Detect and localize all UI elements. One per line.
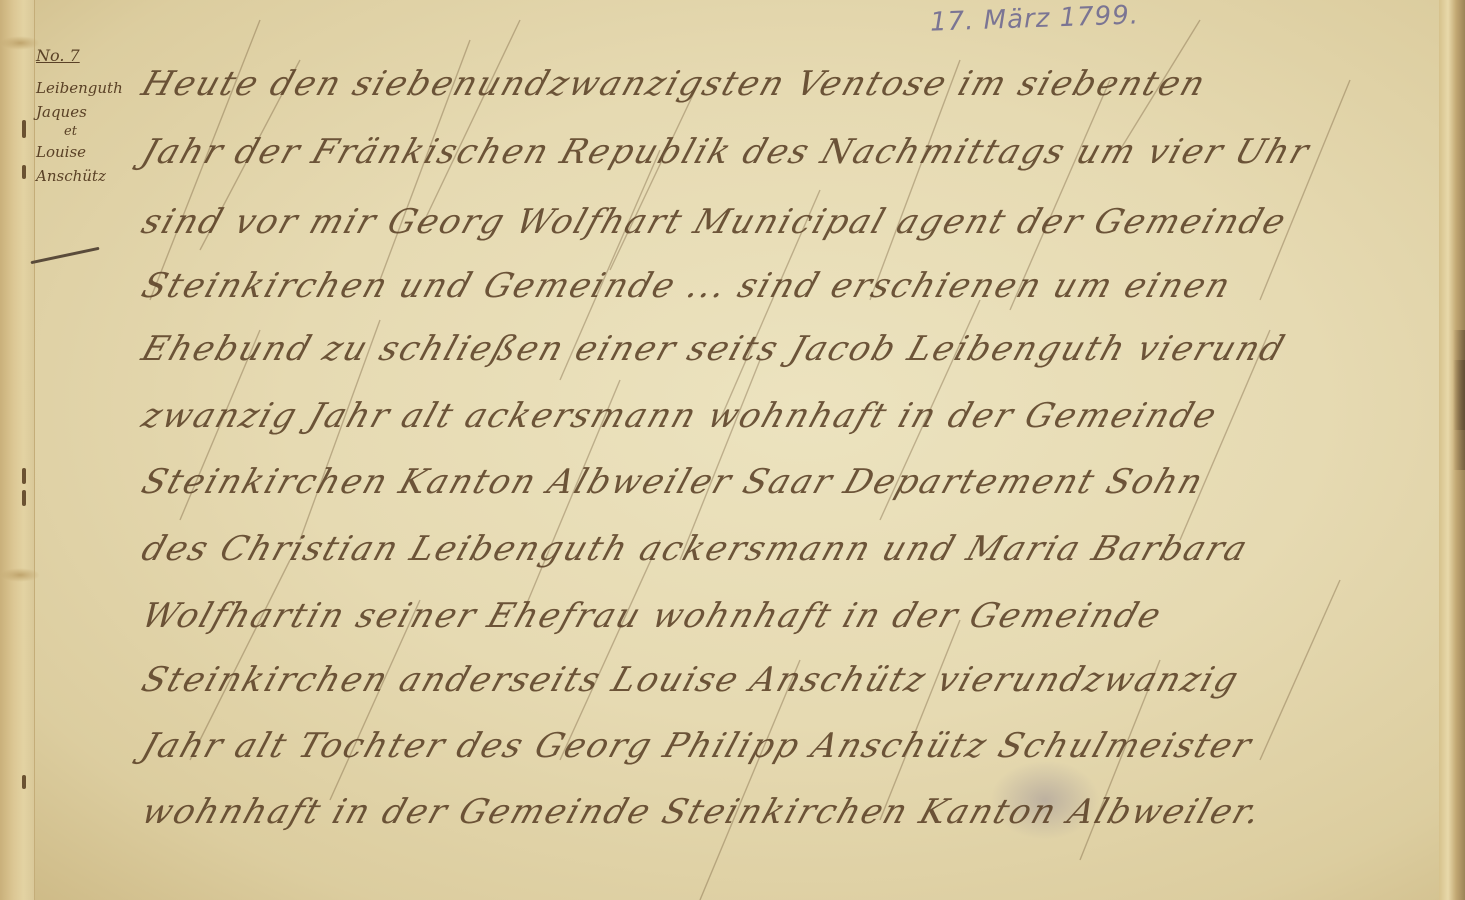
margin-dash [30,247,99,264]
text-line-10: Steinkirchen anderseits Louise Anschütz … [130,660,1245,720]
text-line-7: Steinkirchen Kanton Albweiler Saar Depar… [130,462,1209,522]
text-line-1: Heute den siebenundzwanzigsten Ventose i… [130,64,1212,124]
margin-name-bride: Louise [36,140,146,164]
text-line-4: Steinkirchen und Gemeinde ... sind ersch… [130,266,1237,326]
paper-fold-mark [0,568,40,582]
margin-annotation: No. 7 Leibenguth Jaques et Louise Anschü… [36,44,146,188]
document-page: 17. März 1799. No. 7 Leibenguth Jaques e… [0,0,1465,900]
text-line-6: zwanzig Jahr alt ackersmann wohnhaft in … [130,396,1223,456]
text-line-3: sind vor mir Georg Wolfhart Municipal ag… [130,202,1292,262]
binding-stitch [22,490,26,506]
binding-stitch [22,165,26,179]
margin-name-groom: Jaques [36,100,146,124]
text-line-8: des Christian Leibenguth ackersmann und … [130,529,1254,589]
text-line-9: Wolfhartin seiner Ehefrau wohnhaft in de… [130,596,1167,656]
binding-stitch [22,120,26,138]
date-annotation: 17. März 1799. [930,0,1140,37]
paper-fold-mark [0,36,40,50]
margin-et: et [36,124,146,140]
binding-stitch [22,468,26,484]
text-line-12: wohnhaft in der Gemeinde Steinkirchen Ka… [130,792,1267,852]
edge-shadow [1453,360,1465,470]
margin-surname-bride: Anschütz [36,164,146,188]
binding-stitch [22,775,26,789]
text-line-11: Jahr alt Tochter des Georg Philipp Ansch… [130,726,1258,786]
margin-surname-groom: Leibenguth [36,76,146,100]
text-line-2: Jahr der Fränkischen Republik des Nachmi… [130,132,1315,192]
text-line-5: Ehebund zu schließen einer seits Jacob L… [130,329,1291,389]
binding-gutter [0,0,35,900]
entry-number: No. 7 [36,44,146,68]
